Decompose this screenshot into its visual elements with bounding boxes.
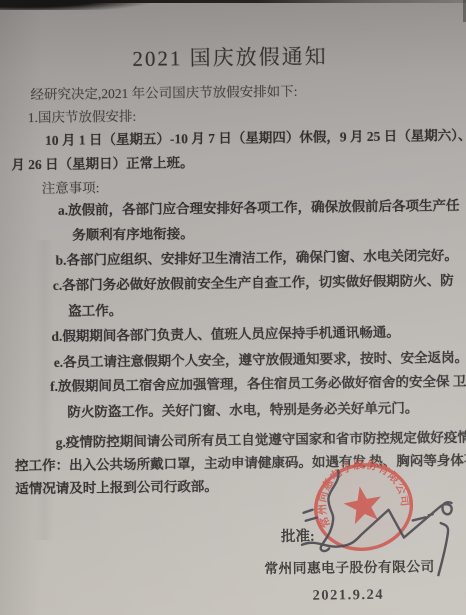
signature-stroke-vertical bbox=[320, 470, 340, 551]
signature-stroke-ticks bbox=[304, 508, 433, 522]
document-date: 2021.9.24 bbox=[313, 587, 385, 605]
paper-content: 2021 国庆放假通知 经研究决定,2021 年公司国庆节放假安排如下: 1.国… bbox=[0, 0, 466, 615]
section-heading: 1.国庆节放假安排: bbox=[28, 110, 137, 125]
notes-heading: 注意事项: bbox=[42, 181, 100, 195]
note-c-line-1: c.各部门务必做好放假前安全生产自查工作，切实做好假期防火、防 bbox=[53, 274, 454, 292]
approval-label: 批准: bbox=[281, 525, 315, 546]
note-a-line-2: 务顺利有序地衔接。 bbox=[72, 227, 194, 242]
holiday-line-2: 月 26 日（星期日）正常上班。 bbox=[11, 156, 193, 172]
note-g-line-3: 适情况请及时上报到公司行政部。 bbox=[15, 480, 218, 496]
company-name: 常州同惠电子股份有限公司 bbox=[264, 555, 435, 577]
note-f-line-1: f.放假期间员工宿舍应加强管理，各住宿员工务必做好宿舍的安全保 卫、 bbox=[50, 375, 466, 394]
holiday-line-1: 10 月 1 日（星期五）-10 月 7 日（星期四）休假，9 月 25 日（星… bbox=[45, 129, 466, 148]
intro-line: 经研究决定,2021 年公司国庆节放假安排如下: bbox=[30, 85, 297, 102]
note-c-line-2: 盗工作。 bbox=[68, 304, 122, 318]
photo-corner-shadow bbox=[0, 0, 160, 10]
note-a-line-1: a.放假前，各部门应合理安排好各项工作，确保放假前后各项生产任 bbox=[58, 199, 460, 217]
note-f-line-2: 防火防盗工作。关好门窗、水电，特别是务必关好单元门。 bbox=[67, 401, 418, 419]
signature-stroke-descender bbox=[438, 523, 449, 575]
document-photo: 2021 国庆放假通知 经研究决定,2021 年公司国庆节放假安排如下: 1.国… bbox=[0, 0, 466, 615]
note-g-line-1: g.疫情防控期间请公司所有员工自觉遵守国家和省市防控规定做好疫情防 bbox=[56, 431, 466, 450]
note-b-line: b.各部门应组织、安排好卫生清洁工作，确保门窗、水电关闭完好。 bbox=[55, 249, 458, 267]
page-title: 2021 国庆放假通知 bbox=[0, 39, 463, 75]
note-d-line: d.假期期间各部门负责人、值班人员应保持手机通讯畅通。 bbox=[51, 326, 400, 344]
note-e-line: e.各员工请注意假期个人安全，遵守放假通知要求，按时、安全返岗。 bbox=[54, 351, 466, 370]
